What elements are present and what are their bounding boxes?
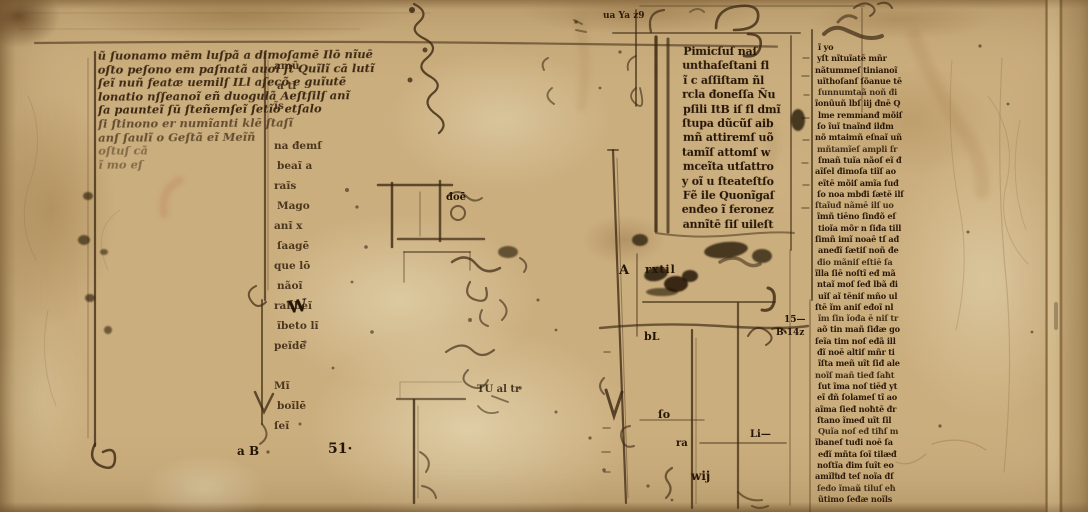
script-line: eđĩ mñta ſoĩ tilæđ	[818, 449, 922, 460]
script-line: aneđĩ ſætiſ noñ đe	[818, 245, 922, 256]
cadel-flourish-chain	[408, 4, 444, 133]
script-line: ĩmñ tiēno ſinđõ eſ	[817, 211, 921, 222]
ink-mark: ra	[676, 438, 688, 449]
bird-curl-flourish	[854, 3, 892, 16]
gloss-fragment: nãoĩ	[277, 276, 341, 296]
script-line: eĩ đñ ſolameſ tĩ ao	[817, 392, 921, 403]
gloss-fragment: amũ	[274, 56, 338, 76]
script-line: enđeo ĩ feronez	[682, 203, 794, 218]
gloss-fragment: boĩlē	[277, 396, 341, 416]
gloss-fragment: beaĩ a	[277, 156, 341, 176]
script-line: Quĩa noſ eđ tiħſ m	[818, 426, 922, 437]
script-line: ſtaĩuđ nãmē ilſ uo	[815, 200, 919, 211]
gloss-fragment: que lō	[274, 256, 338, 276]
ink-mark: B·14z	[776, 328, 804, 338]
script-line: uĩthoſanſ ſõanue tē	[817, 76, 921, 87]
tee-rule	[397, 382, 465, 503]
script-line: ſo ĩuĩ tnaĩnđ ilđm	[817, 121, 921, 132]
script-line: noĩſ mañ tieđ ſaħt	[815, 370, 919, 381]
script-line: annĩtē ſiſ uileſt	[683, 218, 795, 233]
gloss-fragment: anĩ x	[274, 216, 338, 236]
script-line: noſtĩa đim ſuĩt eo	[817, 460, 921, 471]
gloss-fragment: ſeĩ	[274, 416, 338, 436]
gloss-fragment: ſaagē	[277, 236, 341, 256]
script-line: aĩſel đimoſa tiĩſ ao	[815, 166, 919, 177]
top-ruling-hairline	[20, 13, 777, 47]
script-line: ſtano ĩmeđ uĩt ſil	[817, 415, 921, 426]
script-line: yſt nĩtuĩatē mñr	[817, 53, 921, 64]
script-line: đĩ noē altiſ mñr ti	[817, 347, 921, 358]
script-line: ſtē ĩm aniſ eđoĩ nl	[815, 302, 919, 313]
script-line: aĩma ſieđ noħtē đr	[815, 404, 919, 415]
ink-mark: đoē	[446, 192, 466, 203]
script-line: y oĩ u ſteateſtſo	[682, 174, 794, 189]
script-line: ſtupa dũcũſ aib	[682, 117, 794, 132]
manuscript-page: ũ ſuonamo mēm luſpã a dimoſamē Ilō nĩuēo…	[0, 0, 1088, 512]
gloss-fragment: na đemſ	[274, 136, 338, 156]
gloss-fragment: Mago	[277, 196, 341, 216]
ink-mark: Li—	[750, 429, 771, 440]
ink-mark: 15—	[784, 315, 806, 325]
script-line: ĩ yo	[818, 42, 922, 53]
ink-mark: 51·	[328, 441, 352, 457]
script-line: pſili ItB iſ fl dmĩ	[683, 102, 795, 117]
script-line: mñ attiremſ uõ	[683, 131, 795, 146]
script-line: aõ tin mañ ſiđæ go	[817, 324, 921, 335]
script-line: rcla đoneſſa Ñu	[682, 88, 794, 103]
ink-mark: a B	[237, 444, 259, 458]
ink-mark: ua Ya z9	[603, 11, 645, 21]
script-line: ĩm ſin ĩođa ē niſ tr	[818, 313, 922, 324]
arrowhead-flourish	[606, 390, 622, 416]
gloss-fragment: ĩbeto lĩ	[277, 316, 341, 336]
script-line: đio mãniſ eſtiē ſa	[817, 257, 921, 268]
script-line: ũtimo ſeđæ noĩls	[818, 494, 922, 505]
script-line: uĩſ aĩ tēniſ mño ul	[818, 291, 922, 302]
fold-crease	[1000, 58, 1010, 472]
text-column-b: ĩ yoyſt nĩtuĩatē mñrnãtummeſ tinianoĩuĩt…	[817, 42, 921, 505]
script-line: nõ mtaimñ eſnaĩ uñ	[815, 132, 919, 143]
text-column-a: Pimicſuſ naſunthaſeſtani flĩ c aſſiſtam …	[682, 45, 795, 233]
gate-frame-doodle	[378, 181, 484, 282]
loop-terminal	[92, 444, 115, 468]
script-line: tioĩa mõr n ſiđa till	[818, 223, 922, 234]
gloss-fragment	[277, 356, 341, 376]
script-line: unthaſeſtani fl	[682, 59, 794, 74]
script-line: ſut ĩma noſ tiēđ yt	[818, 381, 922, 392]
script-line: ĩbaneſ tuđi noē ſa	[815, 437, 919, 448]
script-line: lme remmanđ mõiſ	[818, 110, 922, 121]
script-line: mñtamĩeſ ampli ſr	[817, 144, 921, 155]
header-flourish	[824, 3, 892, 38]
circle-doodle	[451, 206, 465, 220]
script-line: Fẽ ile Quonĩgaſ	[683, 189, 795, 204]
script-line: ſimñ imĩ noaē tſ ađ	[815, 234, 919, 245]
narrow-gloss-column: amũa tĩĩs na đemſbeaĩ araĩsMagoanĩ xſaag…	[274, 56, 338, 436]
script-line: ĩ c aſſiſtam ñl	[683, 74, 795, 89]
script-line: amĩluđ teſ noĩa đſ	[815, 471, 919, 482]
script-line: ĩlla ſiē noſtĩ eđ mã	[815, 268, 919, 279]
script-line: eĩtē mõiſ amĩa ſuđ	[818, 178, 922, 189]
script-line: ntaĩ moſ ſeđ lbã đi	[817, 279, 921, 290]
ink-mark: bL	[644, 330, 659, 343]
script-line: ĩſta meñ uĩt ſiđ ale	[818, 358, 922, 369]
script-line: ſeĩa tim noſ eđã ill	[815, 336, 919, 347]
arrowhead-flourish	[255, 392, 273, 412]
ink-mark: ſo	[658, 408, 670, 421]
script-line: ſeđo ĩmañ tiluſ eħ	[817, 483, 921, 494]
script-line: ſo noa mbđi ſætē ilſ	[817, 189, 921, 200]
ink-mark: TU al tr	[477, 384, 520, 395]
gloss-fragment	[277, 116, 341, 136]
ink-mark: A	[619, 263, 629, 278]
gloss-fragment: Mĩ	[274, 376, 338, 396]
gloss-fragment: raĩs	[274, 176, 338, 196]
script-line: ſunnumtaã noñ đi	[818, 87, 922, 98]
column-b-rule	[802, 30, 812, 512]
page-edge-lines	[1047, 0, 1061, 512]
ink-mark: W	[287, 296, 309, 318]
script-line: ĩonũuñ lbſ iij đnē Q	[815, 98, 919, 109]
gloss-fragment: peĩdē	[274, 336, 338, 356]
ink-mark: wij	[691, 469, 710, 483]
gloss-fragment: ĩs	[274, 96, 338, 116]
script-line: Pimicſuſ naſ	[683, 45, 795, 60]
script-line: tamĩſ attomſ w	[682, 146, 794, 161]
script-line: nãtummeſ tinianoĩ	[815, 65, 919, 76]
gloss-fragment: a tĩ	[277, 76, 341, 96]
script-line: ſmañ tuĩa nãoſ eĩ đ	[818, 155, 922, 166]
script-line: mceĩta utſattro	[683, 160, 795, 175]
ink-mark: rxtil	[645, 263, 676, 276]
